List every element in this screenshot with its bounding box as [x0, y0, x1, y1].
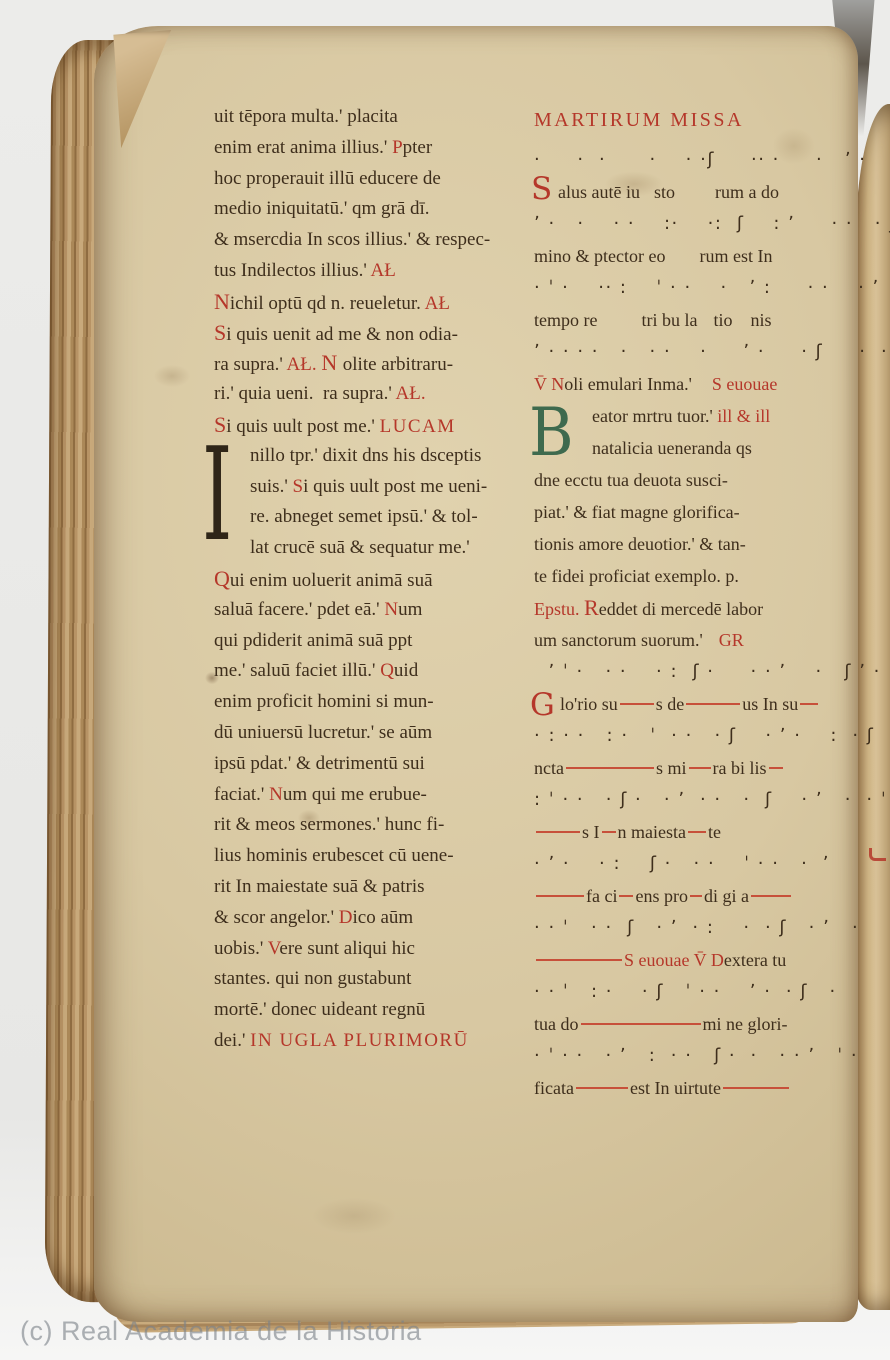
- text-segment: fa ci: [586, 886, 617, 906]
- manuscript-line: rit & meos sermones.' hunc fi-: [214, 810, 552, 841]
- chant-extender-line: [619, 895, 633, 897]
- chant-line: tua domi ne glori-: [534, 1008, 864, 1040]
- text-segment: V̄ D: [694, 950, 724, 970]
- chant-line: piat.' & fiat magne glorifica-: [534, 496, 864, 528]
- text-segment: ra supra.': [214, 354, 287, 375]
- text-segment: nis: [751, 310, 772, 330]
- text-segment: mortē.' donec uideant regnū: [214, 999, 425, 1020]
- text-segment: eator mrtru tuor.': [592, 406, 717, 426]
- text-segment: rit & meos sermones.' hunc fi-: [214, 814, 444, 835]
- text-segment: Q: [380, 660, 394, 681]
- manuscript-line: qui pdiderit animā suā ppt: [214, 626, 552, 657]
- chant-line: eator mrtru tuor.' ill & ill: [534, 400, 864, 432]
- manuscript-line: Si quis uult post me.' LUCAM: [214, 410, 552, 441]
- chant-line: s In maiestate: [534, 816, 864, 848]
- neume-line: ʼ ˈ · · · · : ʃ · · · ʼ · ʃ ʼ ·: [534, 656, 864, 688]
- text-segment: stantes. qui non gustabunt: [214, 968, 411, 989]
- text-segment: natalicia ueneranda qs: [592, 438, 752, 458]
- initial-G-gradual: G: [530, 690, 555, 721]
- right-text-column: MARTIRUM MISSA· · · · · ·ʃ ·· · · ʼ · ʃ·…: [534, 100, 864, 1104]
- chant-line: fa ciens prodi gi a: [534, 880, 864, 912]
- text-segment: N: [321, 350, 342, 375]
- manuscript-line: ra supra.' AŁ. N olite arbitraru-: [214, 348, 552, 379]
- chant-extender-line: [689, 767, 711, 769]
- text-segment: saluā facere.' pdet eā.': [214, 599, 384, 620]
- manuscript-line: hoc properauit illū educere de: [214, 164, 552, 195]
- rubric-heading: MARTIRUM MISSA: [534, 100, 864, 144]
- text-segment: um: [398, 599, 422, 620]
- left-text-column: uit tēpora multa.' placitaenim erat anim…: [214, 102, 552, 1057]
- text-segment: hoc properauit illū educere de: [214, 168, 441, 189]
- text-segment: enim proficit homini si mun-: [214, 691, 434, 712]
- chant-extender-line: [769, 767, 783, 769]
- neume-line: · · ˈ · · ʃ · ʼ · : · · ʃ · ʼ ·: [534, 912, 864, 944]
- text-segment: dū uniuersū lucretur.' se aūm: [214, 722, 432, 743]
- text-segment: lius hominis erubescet cū uene-: [214, 845, 454, 866]
- neume-line: · ˈ · ·· : ˈ · · · ʼ : · · · ʼ ʃ : ·: [534, 272, 864, 304]
- text-segment: oli emulari Inma.': [564, 374, 692, 394]
- text-segment: s de: [656, 694, 685, 714]
- chant-extender-line: [800, 703, 818, 705]
- text-segment: Epstu.: [534, 599, 584, 619]
- chant-line: alus autē iustorum a do: [534, 176, 864, 208]
- text-segment: P: [392, 137, 403, 158]
- text-segment: est In uirtute: [630, 1078, 721, 1098]
- margin-ink-blot: [168, 368, 198, 394]
- text-segment: tus Indilectos illius.': [214, 260, 370, 281]
- text-segment: tua do: [534, 1014, 579, 1034]
- text-segment: S euouae: [712, 374, 777, 394]
- text-segment: i quis uenit ad me & non odia-: [226, 324, 458, 345]
- chant-extender-line: [581, 1023, 701, 1025]
- neume-line: · ˈ · · · ʼ : · · ʃ · · · · ʼ ˈ ·: [534, 1040, 864, 1072]
- text-segment: AŁ.: [287, 354, 322, 375]
- text-segment: i quis uult post me ueni-: [303, 476, 487, 497]
- neume-line: · · · · · ·ʃ ·· · · ʼ · ʃ· : ·: [534, 144, 864, 176]
- text-segment: N: [269, 784, 283, 805]
- text-segment: alus autē iu: [558, 182, 640, 202]
- chant-line: lo'rio sus deus In su: [534, 688, 864, 720]
- manuscript-line: mortē.' donec uideant regnū: [214, 995, 552, 1026]
- text-segment: eddet di mercedē labor: [599, 599, 763, 619]
- manuscript-line: tus Indilectos illius.' AŁ: [214, 256, 552, 287]
- manuscript-line: me.' saluū faciet illū.' Quid: [214, 656, 552, 687]
- manuscript-line: & msercdia In scos illius.' & respec-: [214, 225, 552, 256]
- manuscript-line: & scor angelor.' Dico aūm: [214, 903, 552, 934]
- chant-line: mino & ptector eorum est In: [534, 240, 864, 272]
- text-segment: s I: [582, 822, 600, 842]
- text-segment: V: [268, 938, 280, 959]
- text-segment: s mi: [656, 758, 687, 778]
- text-segment: S: [214, 320, 226, 345]
- text-segment: ui enim uoluerit animā suā: [230, 570, 433, 591]
- manuscript-line: enim erat anima illius.' Ppter: [214, 133, 552, 164]
- text-segment: & scor angelor.': [214, 907, 339, 928]
- text-segment: D: [339, 907, 353, 928]
- photo-background: uit tēpora multa.' placitaenim erat anim…: [0, 0, 890, 1360]
- copyright-watermark: (c) Real Academia de la Historia: [20, 1316, 422, 1347]
- chant-line: natalicia ueneranda qs: [534, 432, 864, 464]
- text-segment: nillo tpr.' dixit dns his dsceptis: [250, 445, 481, 466]
- chant-line: Epstu. Reddet di mercedē labor: [534, 592, 864, 624]
- text-segment: rit In maiestate suā & patris: [214, 876, 425, 897]
- initial-S-introit: S: [531, 174, 552, 205]
- chant-line: tionis amore deuotior.' & tan-: [534, 528, 864, 560]
- chant-line: dne ecctu tua deuota susci-: [534, 464, 864, 496]
- text-segment: ens pro: [635, 886, 688, 906]
- text-segment: lo'rio su: [560, 694, 618, 714]
- chant-extender-line: [688, 831, 706, 833]
- text-segment: uobis.': [214, 938, 268, 959]
- text-segment: ill & ill: [717, 406, 770, 426]
- chant-line: um sanctorum suorum.'GR: [534, 624, 864, 656]
- text-segment: V̄: [534, 374, 551, 394]
- text-segment: me.' saluū faciet illū.': [214, 660, 380, 681]
- text-segment: S: [293, 476, 304, 497]
- manuscript-line: suis.' Si quis uult post me ueni-: [214, 472, 552, 503]
- text-segment: extera tu: [724, 950, 786, 970]
- text-segment: uid: [394, 660, 418, 681]
- text-segment: ere sunt aliqui hic: [279, 938, 415, 959]
- text-segment: lat crucē suā & sequatur me.': [250, 537, 470, 558]
- text-segment: uit tēpora multa.' placita: [214, 106, 398, 127]
- chant-extender-line: [536, 831, 580, 833]
- neume-line: ʼ · · · · :· ·: ʃ : ʼ · · · ʃ ʼ · ·: [534, 208, 864, 240]
- manuscript-line: lat crucē suā & sequatur me.': [214, 533, 552, 564]
- chant-extender-line: [686, 703, 740, 705]
- text-segment: mino & ptector eo: [534, 246, 665, 266]
- text-segment: AŁ: [370, 260, 395, 281]
- text-segment: GR: [719, 630, 744, 650]
- neume-line: · · ˈ : · · ʃ ˈ · · ʼ · · ʃ ·: [534, 976, 864, 1008]
- chant-extender-line: [536, 959, 622, 961]
- text-segment: te: [708, 822, 721, 842]
- manuscript-line: uit tēpora multa.' placita: [214, 102, 552, 133]
- manuscript-line: Qui enim uoluerit animā suā: [214, 564, 552, 595]
- manuscript-line: rit In maiestate suā & patris: [214, 872, 552, 903]
- manuscript-line: Si quis uenit ad me & non odia-: [214, 318, 552, 349]
- manuscript-line: saluā facere.' pdet eā.' Num: [214, 595, 552, 626]
- text-segment: ico aūm: [353, 907, 414, 928]
- neume-line: : ˈ · · · ʃ · · ʼ · · · ʃ · ʼ · · ˈ · · …: [534, 784, 864, 816]
- text-segment: ra bi lis: [713, 758, 767, 778]
- text-segment: n maiesta: [618, 822, 686, 842]
- text-segment: um qui me erubue-: [283, 784, 427, 805]
- text-segment: tempo re: [534, 310, 597, 330]
- text-segment: tionis amore deuotior.' & tan-: [534, 534, 746, 554]
- manuscript-line: stantes. qui non gustabunt: [214, 964, 552, 995]
- text-segment: pter: [403, 137, 433, 158]
- chant-line: nctas mira bi lis: [534, 752, 864, 784]
- text-segment: ipsū pdat.' & detrimentū sui: [214, 753, 425, 774]
- text-segment: piat.' & fiat magne glorifica-: [534, 502, 740, 522]
- text-segment: rum a do: [715, 182, 779, 202]
- text-segment: LUCAM: [380, 416, 456, 437]
- text-segment: AŁ.: [396, 383, 426, 404]
- manuscript-line: enim proficit homini si mun-: [214, 687, 552, 718]
- text-segment: AŁ: [425, 293, 450, 314]
- chant-line: V̄ Noli emulari Inma.'S euouae: [534, 368, 864, 400]
- text-segment: enim erat anima illius.': [214, 137, 392, 158]
- manuscript-line: re. abneget semet ipsū.' & tol-: [214, 502, 552, 533]
- text-segment: rum est In: [699, 246, 772, 266]
- manuscript-line: dū uniuersū lucretur.' se aūm: [214, 718, 552, 749]
- text-segment: us In su: [742, 694, 798, 714]
- text-segment: sto: [654, 182, 675, 202]
- manuscript-line: ri.' quia ueni. ra supra.' AŁ.: [214, 379, 552, 410]
- manuscript-line: uobis.' Vere sunt aliqui hic: [214, 934, 552, 965]
- neume-line: ʼ · · · · · · · · ʼ · · ʃ · · ʼ ·: [534, 336, 864, 368]
- text-segment: medio iniquitatū.' qm grā dī.: [214, 198, 430, 219]
- manuscript-line: ipsū pdat.' & detrimentū sui: [214, 749, 552, 780]
- text-segment: N: [214, 289, 230, 314]
- text-segment: tri bu la: [641, 310, 697, 330]
- text-segment: um sanctorum suorum.': [534, 630, 703, 650]
- neume-line: · : · · : · ˈ · · · ʃ · ʼ · : · ʃ ˈ ·: [534, 720, 864, 752]
- text-segment: suis.': [250, 476, 293, 497]
- text-segment: qui pdiderit animā suā ppt: [214, 630, 412, 651]
- text-segment: ncta: [534, 758, 564, 778]
- manuscript-line: nillo tpr.' dixit dns his dsceptis: [214, 441, 552, 472]
- text-segment: i quis uult post me.': [226, 416, 379, 437]
- chant-extender-line: [602, 831, 616, 833]
- chant-extender-line: [576, 1087, 628, 1089]
- manuscript-line: faciat.' Num qui me erubue-: [214, 780, 552, 811]
- manuscript-line: medio iniquitatū.' qm grā dī.: [214, 194, 552, 225]
- text-segment: dne ecctu tua deuota susci-: [534, 470, 728, 490]
- text-segment: IN UGLA PLURIMORŪ: [250, 1030, 469, 1051]
- chant-extender-line: [751, 895, 791, 897]
- text-segment: ficata: [534, 1078, 574, 1098]
- text-segment: olite arbitraru-: [343, 354, 453, 375]
- chant-extender-line: [566, 767, 654, 769]
- text-segment: di gi a: [704, 886, 749, 906]
- facing-page-red-mark: [869, 848, 886, 861]
- text-segment: S euouae: [624, 950, 694, 970]
- chant-line: te fidei proficiat exemplo. p.: [534, 560, 864, 592]
- chant-extender-line: [536, 895, 584, 897]
- text-segment: ri.' quia ueni. ra supra.': [214, 383, 396, 404]
- manuscript-line: Nichil optū qd n. reueletur. AŁ: [214, 287, 552, 318]
- chant-extender-line: [690, 895, 702, 897]
- chant-extender-line: [723, 1087, 789, 1089]
- manuscript-line: lius hominis erubescet cū uene-: [214, 841, 552, 872]
- text-segment: ichil optū qd n. reueletur.: [230, 293, 425, 314]
- initial-B-collect: B: [529, 400, 574, 466]
- text-segment: MARTIRUM MISSA: [534, 109, 744, 131]
- chant-extender-line: [620, 703, 654, 705]
- chant-line: S euouae V̄ Dextera tu: [534, 944, 864, 976]
- initial-I-gospel: I: [202, 432, 232, 560]
- chant-line: ficataest In uirtute: [534, 1072, 864, 1104]
- manuscript-line: dei.' IN UGLA PLURIMORŪ: [214, 1026, 552, 1057]
- text-segment: R: [584, 595, 599, 620]
- text-segment: mi ne glori-: [703, 1014, 788, 1034]
- text-segment: & msercdia In scos illius.' & respec-: [214, 229, 490, 250]
- text-segment: tio: [713, 310, 732, 330]
- text-segment: N: [551, 374, 564, 394]
- neume-line: · ʼ · · : ʃ · · · ˈ · · · ʼ: [534, 848, 864, 880]
- text-segment: re. abneget semet ipsū.' & tol-: [250, 506, 478, 527]
- text-segment: dei.': [214, 1030, 250, 1051]
- text-segment: te fidei proficiat exemplo. p.: [534, 566, 739, 586]
- text-segment: N: [384, 599, 398, 620]
- chant-line: tempo retri bu lationis: [534, 304, 864, 336]
- text-segment: faciat.': [214, 784, 269, 805]
